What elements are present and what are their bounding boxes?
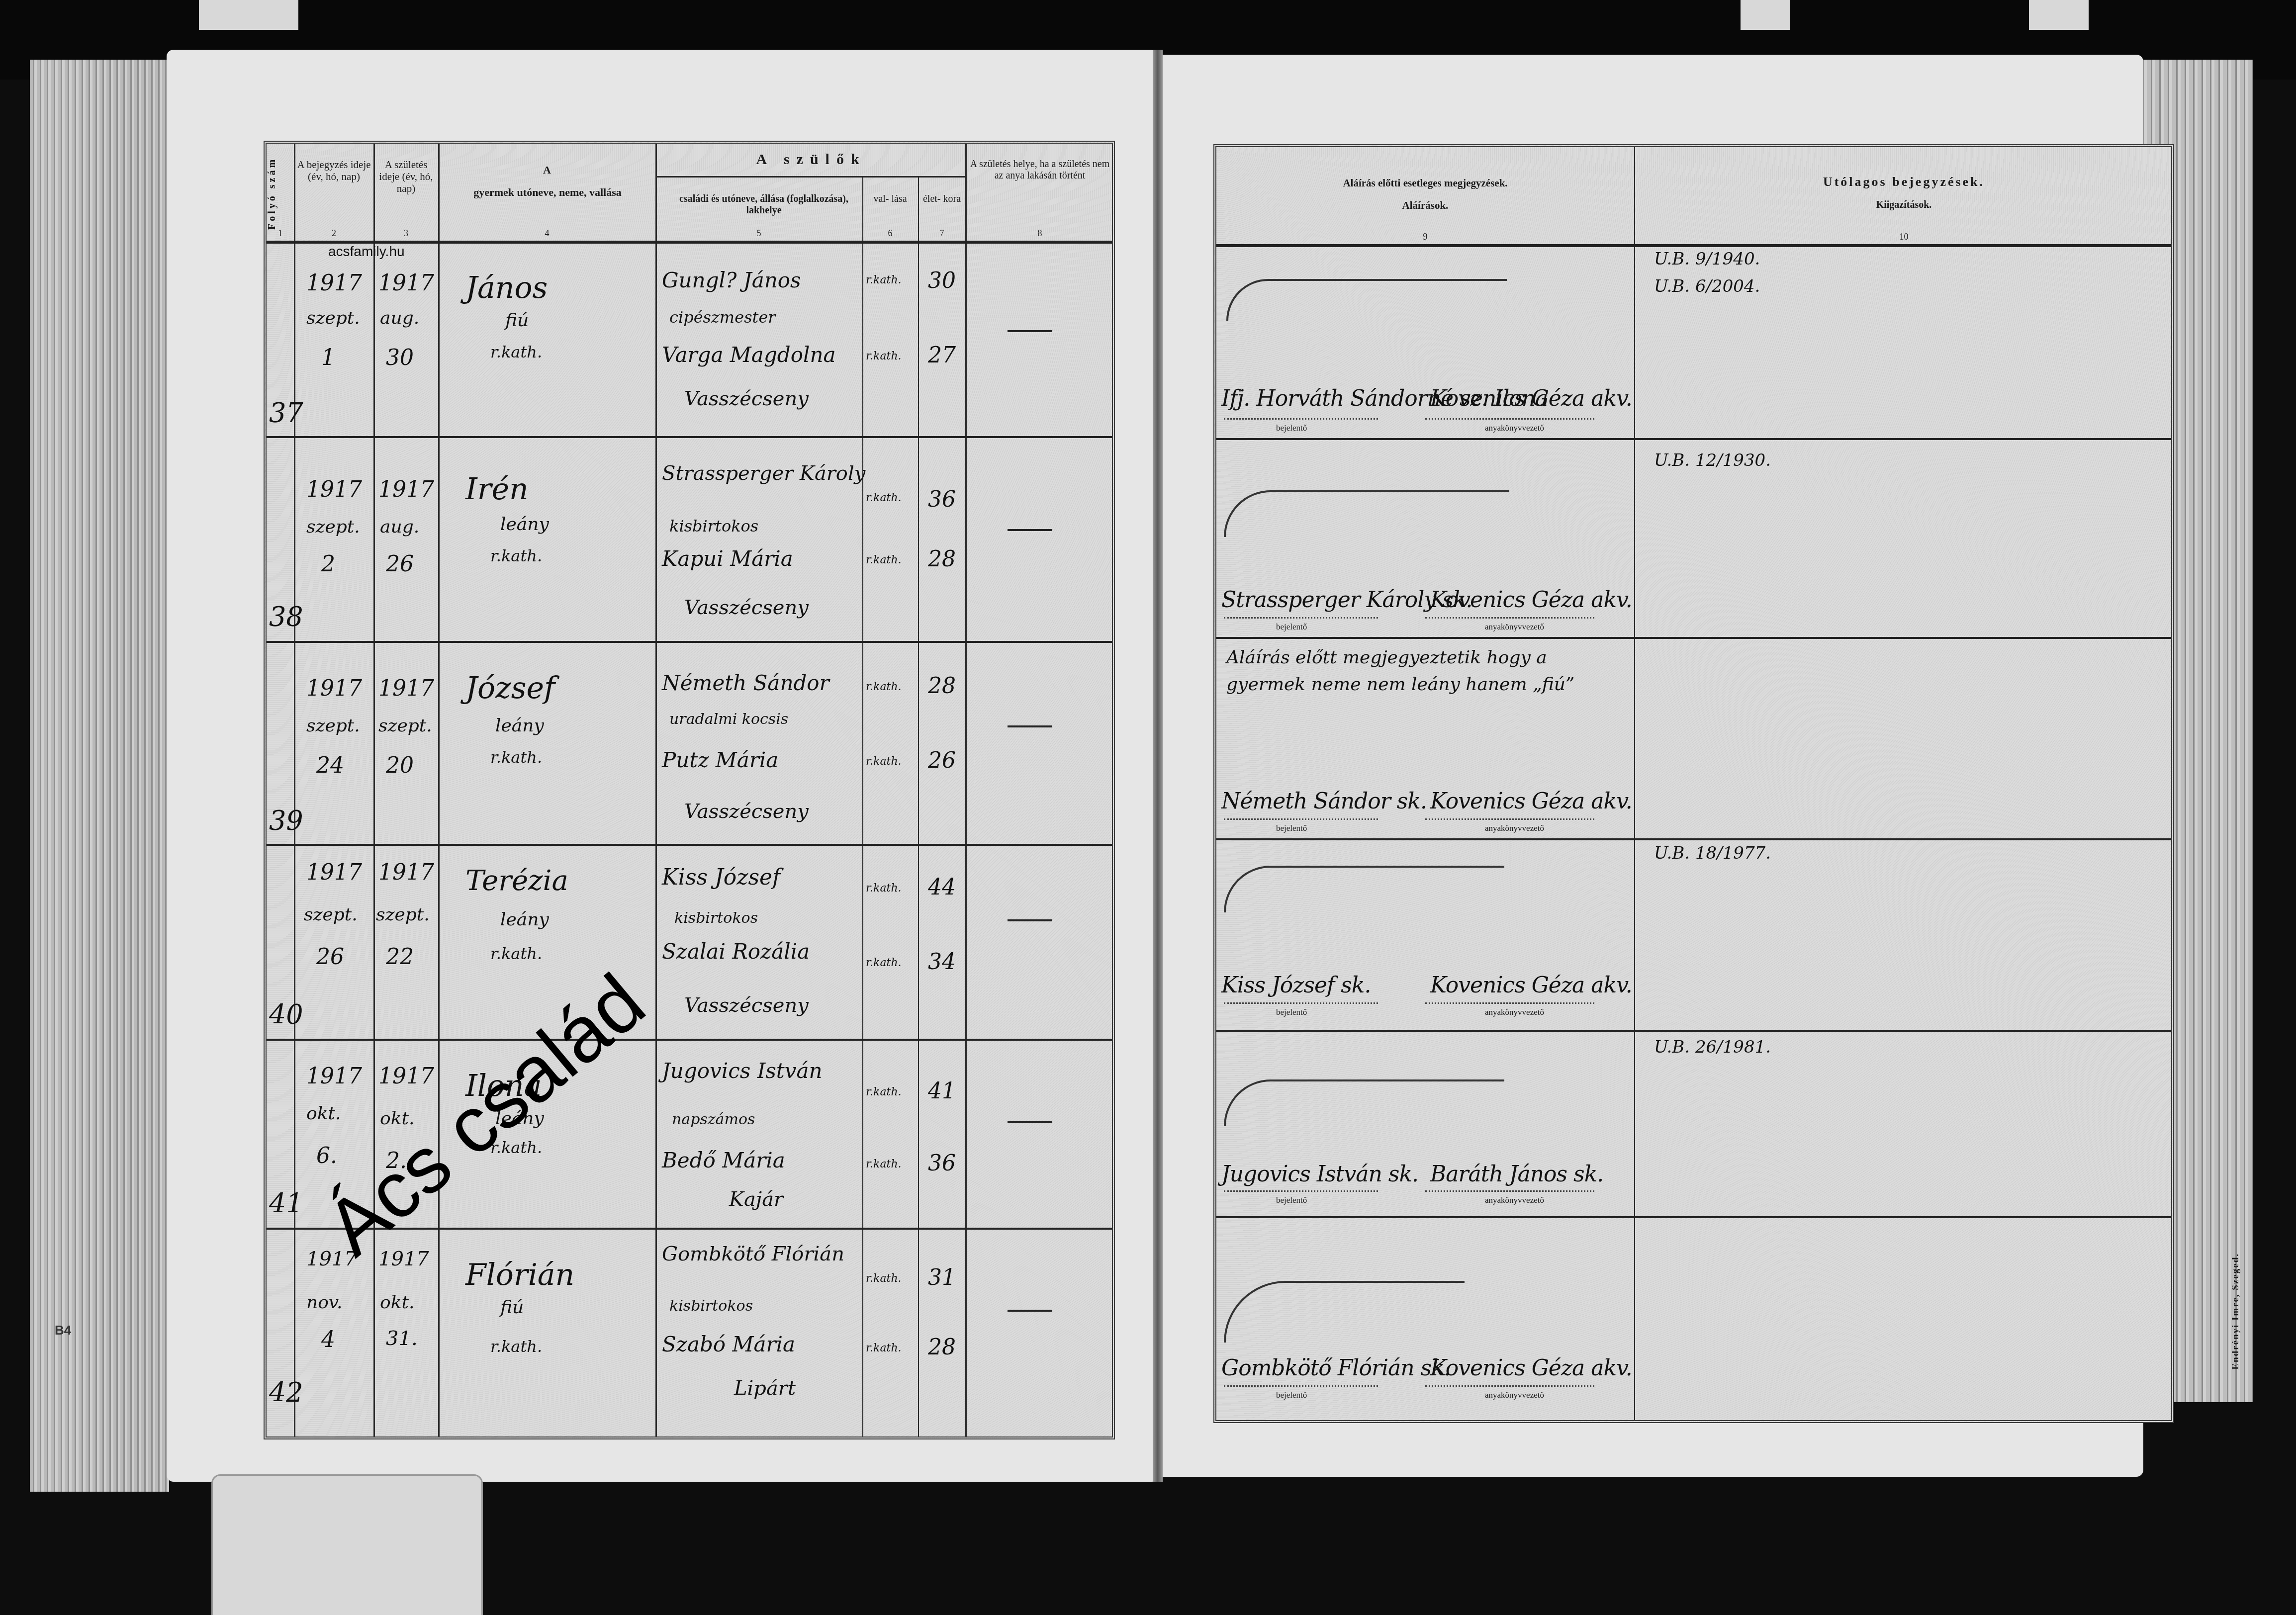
registrar-label: anyakönyvvezető <box>1485 1390 1544 1400</box>
born-month: szept. <box>376 904 430 925</box>
flourish-line <box>1224 1281 1465 1343</box>
header-a-szulok: A szülők <box>657 151 965 169</box>
child-religion: r.kath. <box>490 343 542 361</box>
book-gutter <box>1153 50 1163 1482</box>
header-eletkora: élet- kora <box>919 193 965 205</box>
child-sex: leány <box>500 514 549 535</box>
mother-age: 28 <box>928 1335 956 1360</box>
col-num-6: 6 <box>863 228 917 239</box>
header-szulok-nev: családi és utóneve, állása (foglalkozása… <box>674 193 853 216</box>
registered-day: 2 <box>321 551 335 577</box>
born-month: aug. <box>380 517 419 537</box>
birthplace-dash <box>1008 330 1052 332</box>
father-occupation: cipészmester <box>669 308 776 327</box>
col-num-8: 8 <box>968 228 1112 239</box>
born-month: szept. <box>378 716 432 736</box>
father-religion: r.kath. <box>866 681 902 693</box>
residence: Lipárt <box>734 1377 796 1400</box>
header-kiigazitasok: Kiigazítások. <box>1637 199 2171 211</box>
child-sex: fiú <box>505 310 529 331</box>
later-entry: U.B. 6/2004. <box>1654 276 1760 296</box>
reporter-label: bejelentő <box>1276 1007 1307 1017</box>
child-name: János <box>465 270 548 305</box>
child-sex: leány <box>495 716 544 736</box>
father-occupation: uradalmi kocsis <box>669 711 788 728</box>
registered-month: szept. <box>306 308 360 328</box>
col-num-10: 10 <box>1637 232 2171 242</box>
father-religion: r.kath. <box>866 274 902 286</box>
child-name: Terézia <box>465 865 568 897</box>
birthplace-dash <box>1008 1121 1052 1123</box>
header-szuletes-helye: A születés helye, ha a születés nem az a… <box>968 159 1112 181</box>
registered-day: 4 <box>321 1327 335 1352</box>
registered-year: 1917 <box>306 477 362 502</box>
child-religion: r.kath. <box>490 1337 542 1356</box>
entry-number: 37 <box>269 397 303 429</box>
residence: Vasszécseny <box>684 800 809 823</box>
born-month: okt. <box>380 1292 414 1313</box>
child-name: József <box>465 671 555 706</box>
father-name: Jugovics István <box>662 1059 823 1083</box>
flourish-line <box>1224 490 1509 537</box>
born-year: 1917 <box>378 860 434 885</box>
col-num-4: 4 <box>440 228 654 239</box>
later-entry: U.B. 12/1930. <box>1654 450 1771 470</box>
registered-month: okt. <box>306 1103 341 1124</box>
registered-day: 26 <box>316 944 344 970</box>
header-gyermek-a: A <box>440 164 654 176</box>
born-year: 1917 <box>378 477 434 502</box>
mother-religion: r.kath. <box>866 755 902 768</box>
later-entry: U.B. 26/1981. <box>1654 1037 1771 1057</box>
reporter-label: bejelentő <box>1276 1390 1307 1400</box>
scanner-stand <box>1741 0 1790 30</box>
col-num-3: 3 <box>375 228 437 239</box>
registered-month: szept. <box>304 904 358 925</box>
registrar-label: anyakönyvvezető <box>1485 622 1544 632</box>
flourish-line <box>1224 866 1504 912</box>
mother-religion: r.kath. <box>866 1158 902 1170</box>
book-page-stack-left <box>30 60 169 1492</box>
col-num-5: 5 <box>657 228 861 239</box>
residence: Vasszécseny <box>684 994 809 1017</box>
father-occupation: kisbirtokos <box>674 909 758 927</box>
born-day: 30 <box>386 345 414 370</box>
born-month: aug. <box>380 308 419 328</box>
residence: Vasszécseny <box>684 387 809 410</box>
registered-day: 24 <box>316 753 344 778</box>
registrar-signature: Kovenics Géza akv. <box>1430 1355 1632 1381</box>
registered-month: szept. <box>306 517 360 537</box>
entry-number: 41 <box>269 1188 303 1219</box>
reporter-signature: Kiss József sk. <box>1221 973 1371 998</box>
father-age: 36 <box>928 487 956 512</box>
col-num-1: 1 <box>267 228 294 239</box>
registrar-signature: Kovenics Géza akv. <box>1430 587 1632 613</box>
child-sex: leány <box>500 909 549 930</box>
born-day: 22 <box>386 944 414 970</box>
flourish-line <box>1224 1079 1504 1126</box>
father-name: Kiss József <box>662 865 780 890</box>
father-religion: r.kath. <box>866 1272 902 1285</box>
registered-day: 6. <box>316 1143 337 1168</box>
mother-religion: r.kath. <box>866 350 902 362</box>
mother-name: Varga Magdolna <box>662 343 836 367</box>
printer-imprint: Endrényi Imre, Szeged. <box>2230 1253 2241 1370</box>
father-religion: r.kath. <box>866 492 902 504</box>
header-vallasa: val- lása <box>863 193 917 205</box>
born-year: 1917 <box>378 676 434 701</box>
birthplace-dash <box>1008 919 1052 921</box>
father-age: 30 <box>928 268 956 293</box>
father-occupation: napszámos <box>672 1111 755 1128</box>
birthplace-dash <box>1008 725 1052 727</box>
right-register-form: Aláírás előtti esetleges megjegyzések. A… <box>1213 144 2174 1423</box>
child-sex: fiú <box>500 1297 524 1318</box>
father-age: 31 <box>928 1265 956 1290</box>
entry-number: 38 <box>269 601 303 632</box>
reporter-label: bejelentő <box>1276 622 1307 632</box>
born-day: 26 <box>386 551 414 577</box>
registrar-label: anyakönyvvezető <box>1485 1007 1544 1017</box>
pre-signature-remark: Aláírás előtt megjegyeztetik hogy a gyer… <box>1226 644 1624 698</box>
registered-year: 1917 <box>306 1064 362 1089</box>
header-bejegyzes-ideje: A bejegyzés ideje (év, hó, nap) <box>295 159 372 182</box>
registered-day: 1 <box>321 345 335 370</box>
header-alairas-elotti: Aláírás előtti esetleges megjegyzések. <box>1216 177 1634 189</box>
registrar-signature: Kovenics Géza akv. <box>1430 973 1632 998</box>
mother-age: 28 <box>928 546 956 572</box>
father-occupation: kisbirtokos <box>669 1297 753 1315</box>
mother-name: Szalai Rozália <box>662 939 810 964</box>
entry-number: 42 <box>269 1377 303 1408</box>
mother-age: 27 <box>928 343 956 368</box>
born-year: 1917 <box>378 1064 434 1089</box>
mother-religion: r.kath. <box>866 1342 902 1354</box>
father-religion: r.kath. <box>866 1086 902 1098</box>
born-day: 31. <box>386 1327 418 1350</box>
scanner-stand <box>2029 0 2089 30</box>
father-age: 41 <box>928 1078 956 1104</box>
later-entry: U.B. 18/1977. <box>1654 843 1771 863</box>
child-religion: r.kath. <box>490 546 542 565</box>
father-name: Németh Sándor <box>662 671 829 695</box>
entry-number: 39 <box>269 805 303 836</box>
col-num-7: 7 <box>919 228 965 239</box>
father-religion: r.kath. <box>866 882 902 895</box>
col-num-2: 2 <box>295 228 372 239</box>
header-szuletes-ideje: A születés ideje (év, hó, nap) <box>375 159 437 194</box>
mother-religion: r.kath. <box>866 957 902 969</box>
reporter-label: bejelentő <box>1276 423 1307 433</box>
reporter-signature: Jugovics István sk. <box>1221 1162 1418 1187</box>
mother-name: Putz Mária <box>662 748 778 772</box>
mother-name: Bedő Mária <box>662 1148 785 1172</box>
bookmark-tab <box>211 1474 483 1615</box>
child-religion: r.kath. <box>490 748 542 767</box>
registrar-label: anyakönyvvezető <box>1485 1195 1544 1205</box>
header-gyermek: gyermek utóneve, neme, vallása <box>465 186 630 198</box>
birthplace-dash <box>1008 1310 1052 1312</box>
reporter-label: bejelentő <box>1276 823 1307 833</box>
later-entry: U.B. 9/1940. <box>1654 249 1760 269</box>
mother-religion: r.kath. <box>866 554 902 566</box>
registrar-signature: Kovenics Géza akv. <box>1430 386 1632 411</box>
father-occupation: kisbirtokos <box>669 517 758 536</box>
registered-year: 1917 <box>306 860 362 885</box>
registered-month: szept. <box>306 716 360 736</box>
mother-name: Szabó Mária <box>662 1332 795 1356</box>
header-alairasok: Aláírások. <box>1216 199 1634 211</box>
mother-age: 36 <box>928 1151 956 1176</box>
header-utolagos: Utólagos bejegyzések. <box>1637 175 2171 189</box>
father-name: Gombkötő Flórián <box>662 1243 844 1265</box>
birthplace-dash <box>1008 529 1052 531</box>
registrar-label: anyakönyvvezető <box>1485 823 1544 833</box>
header-folyo-szam: Folyó szám <box>267 149 294 238</box>
born-year: 1917 <box>378 270 434 296</box>
entry-number: 40 <box>269 999 303 1030</box>
registered-year: 1917 <box>306 676 362 701</box>
residence: Kajár <box>729 1188 783 1211</box>
watermark-url: acsfamily.hu <box>328 244 405 260</box>
father-name: Gungl? János <box>662 268 801 292</box>
child-name: Flórián <box>465 1257 574 1292</box>
child-name: Irén <box>465 472 529 507</box>
mother-age: 26 <box>928 748 956 773</box>
flourish-line <box>1226 279 1507 321</box>
reporter-signature: Gombkötő Flórián sk. <box>1221 1355 1451 1381</box>
registrar-signature: Kovenics Géza akv. <box>1430 789 1632 814</box>
mother-name: Kapui Mária <box>662 546 793 571</box>
born-day: 20 <box>386 753 414 778</box>
father-age: 28 <box>928 673 956 699</box>
col-num-9: 9 <box>1216 232 1634 242</box>
child-religion: r.kath. <box>490 944 542 963</box>
registrar-label: anyakönyvvezető <box>1485 423 1544 433</box>
registered-year: 1917 <box>306 270 362 296</box>
registrar-signature: Baráth János sk. <box>1430 1162 1603 1187</box>
page-edge-mark: B4 <box>55 1323 71 1338</box>
residence: Vasszécseny <box>684 596 809 619</box>
reporter-signature: Németh Sándor sk. <box>1221 789 1427 814</box>
father-name: Strassperger Károly <box>662 462 865 485</box>
scanner-stand <box>199 0 298 30</box>
mother-age: 34 <box>928 949 956 975</box>
registered-month: nov. <box>306 1292 342 1313</box>
reporter-label: bejelentő <box>1276 1195 1307 1205</box>
father-age: 44 <box>928 875 956 900</box>
